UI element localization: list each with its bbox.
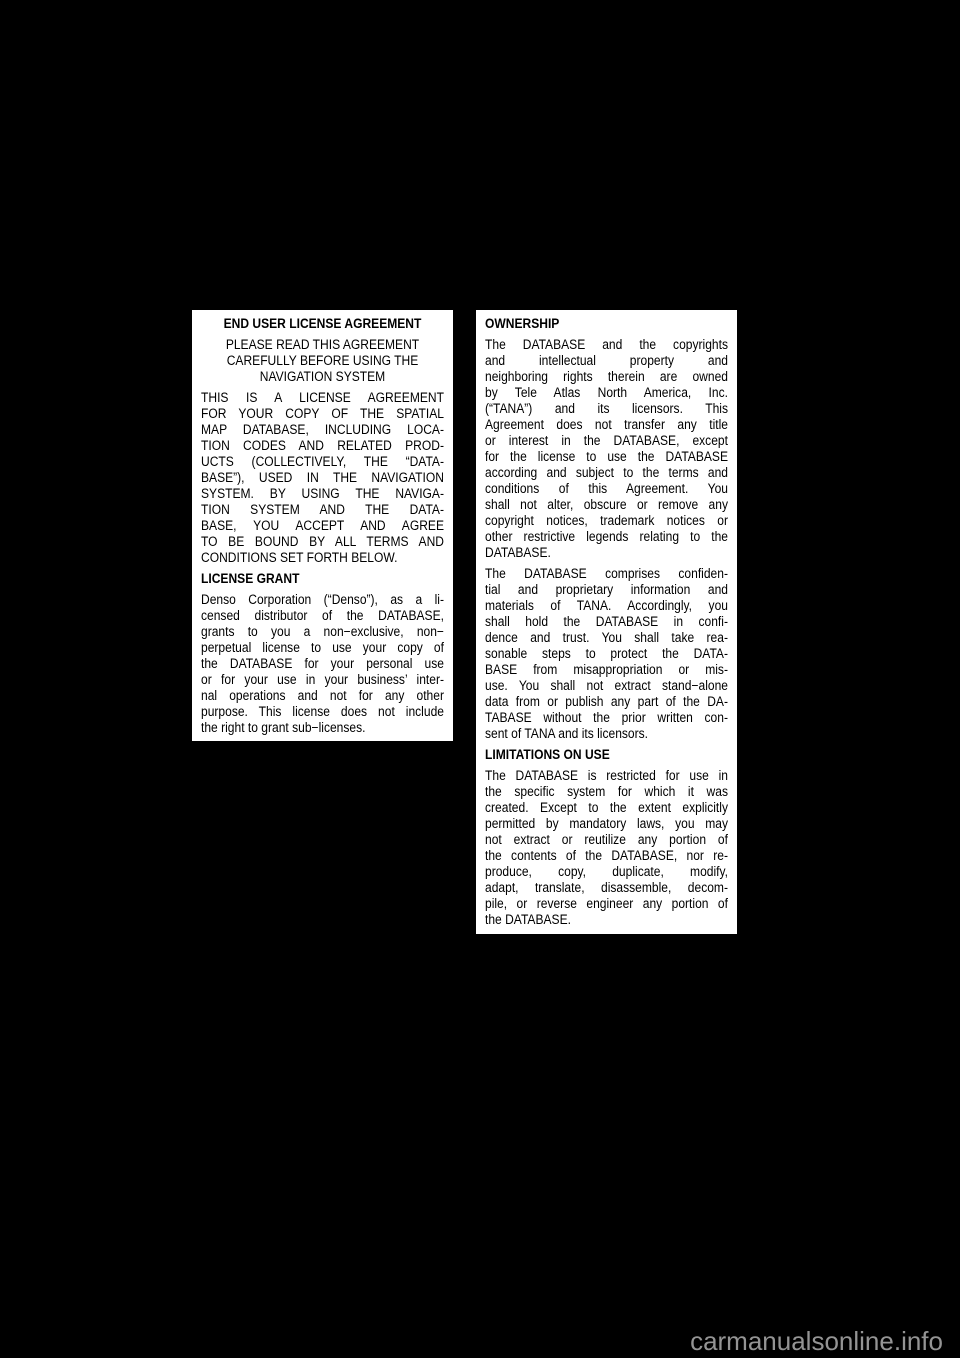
text-line: shall hold the DATABASE in confi- [485,614,728,630]
text-line: TABASE without the prior written con- [485,710,728,726]
text-line: SYSTEM. BY USING THE NAVIGA- [201,486,444,502]
text-line: CAREFULLY BEFORE USING THE [201,353,444,369]
text-line: TION SYSTEM AND THE DATA- [201,502,444,518]
text-line: use. You shall not extract stand−alone [485,678,728,694]
text-line: Denso Corporation (“Denso”), as a li- [201,592,444,608]
text-line: Agreement does not transfer any title [485,417,728,433]
eula-notice-paragraph: PLEASE READ THIS AGREEMENTCAREFULLY BEFO… [201,337,444,385]
text-line: for the license to use the DATABASE [485,449,728,465]
text-line: data from or publish any part of the DA- [485,694,728,710]
text-line: perpetual license to use your copy of [201,640,444,656]
text-line: and intellectual property and [485,353,728,369]
text-line: sonable steps to protect the DATA- [485,646,728,662]
limitations-heading: LIMITATIONS ON USE [485,747,728,763]
text-line: FOR YOUR COPY OF THE SPATIAL [201,406,444,422]
text-line: the right to grant sub−licenses. [201,720,444,736]
text-line: materials of TANA. Accordingly, you [485,598,728,614]
text-line: TION CODES AND RELATED PROD- [201,438,444,454]
text-line: neighboring rights therein are owned [485,369,728,385]
ownership-box: OWNERSHIP The DATABASE and the copyright… [476,310,737,934]
text-line: according and subject to the terms and [485,465,728,481]
text-line: sent of TANA and its licensors. [485,726,728,742]
text-line: DATABASE. [485,545,728,561]
text-line: not extract or reutilize any portion of [485,832,728,848]
manual-page: END USER LICENSE AGREEMENT PLEASE READ T… [0,0,960,1358]
text-line: or for your use in your business’ inter- [201,672,444,688]
text-line: UCTS (COLLECTIVELY, THE “DATA- [201,454,444,470]
text-line: copyright notices, trademark notices or [485,513,728,529]
text-line: MAP DATABASE, INCLUDING LOCA- [201,422,444,438]
text-line: pile, or reverse engineer any portion of [485,896,728,912]
text-line: The DATABASE comprises confiden- [485,566,728,582]
text-line: adapt, translate, disassemble, decom- [485,880,728,896]
text-line: conditions of this Agreement. You [485,481,728,497]
text-line: the DATABASE. [485,912,728,928]
text-line: grants to you a non−exclusive, non− [201,624,444,640]
ownership-heading: OWNERSHIP [485,316,728,332]
license-grant-paragraph: Denso Corporation (“Denso”), as a li-cen… [201,592,444,736]
text-line: The DATABASE is restricted for use in [485,768,728,784]
text-line: the contents of the DATABASE, nor re- [485,848,728,864]
text-line: produce, copy, duplicate, modify, [485,864,728,880]
watermark-link[interactable]: carmanualsonline.info [690,1328,943,1354]
text-line: nal operations and not for any other [201,688,444,704]
text-line: PLEASE READ THIS AGREEMENT [201,337,444,353]
text-line: dence and trust. You shall take rea- [485,630,728,646]
confidentiality-paragraph: The DATABASE comprises confiden-tial and… [485,566,728,742]
text-line: censed distributor of the DATABASE, [201,608,444,624]
text-line: shall not alter, obscure or remove any [485,497,728,513]
text-line: TO BE BOUND BY ALL TERMS AND [201,534,444,550]
text-line: purpose. This license does not include [201,704,444,720]
text-line: created. Except to the extent explicitly [485,800,728,816]
text-line: the specific system for which it was [485,784,728,800]
text-line: the DATABASE for your personal use [201,656,444,672]
text-line: permitted by mandatory laws, you may [485,816,728,832]
eula-title: END USER LICENSE AGREEMENT [201,316,444,332]
text-line: BASE from misappropriation or mis- [485,662,728,678]
text-line: The DATABASE and the copyrights [485,337,728,353]
text-line: NAVIGATION SYSTEM [201,369,444,385]
text-line: BASE”), USED IN THE NAVIGATION [201,470,444,486]
text-line: or interest in the DATABASE, except [485,433,728,449]
eula-box: END USER LICENSE AGREEMENT PLEASE READ T… [192,310,453,741]
license-grant-heading: LICENSE GRANT [201,571,444,587]
text-line: THIS IS A LICENSE AGREEMENT [201,390,444,406]
text-line: BASE, YOU ACCEPT AND AGREE [201,518,444,534]
text-line: by Tele Atlas North America, Inc. [485,385,728,401]
text-line: other restrictive legends relating to th… [485,529,728,545]
ownership-paragraph: The DATABASE and the copyrightsand intel… [485,337,728,561]
eula-intro-paragraph: THIS IS A LICENSE AGREEMENTFOR YOUR COPY… [201,390,444,566]
text-line: tial and proprietary information and [485,582,728,598]
text-line: (“TANA”) and its licensors. This [485,401,728,417]
limitations-paragraph: The DATABASE is restricted for use inthe… [485,768,728,928]
text-line: CONDITIONS SET FORTH BELOW. [201,550,444,566]
